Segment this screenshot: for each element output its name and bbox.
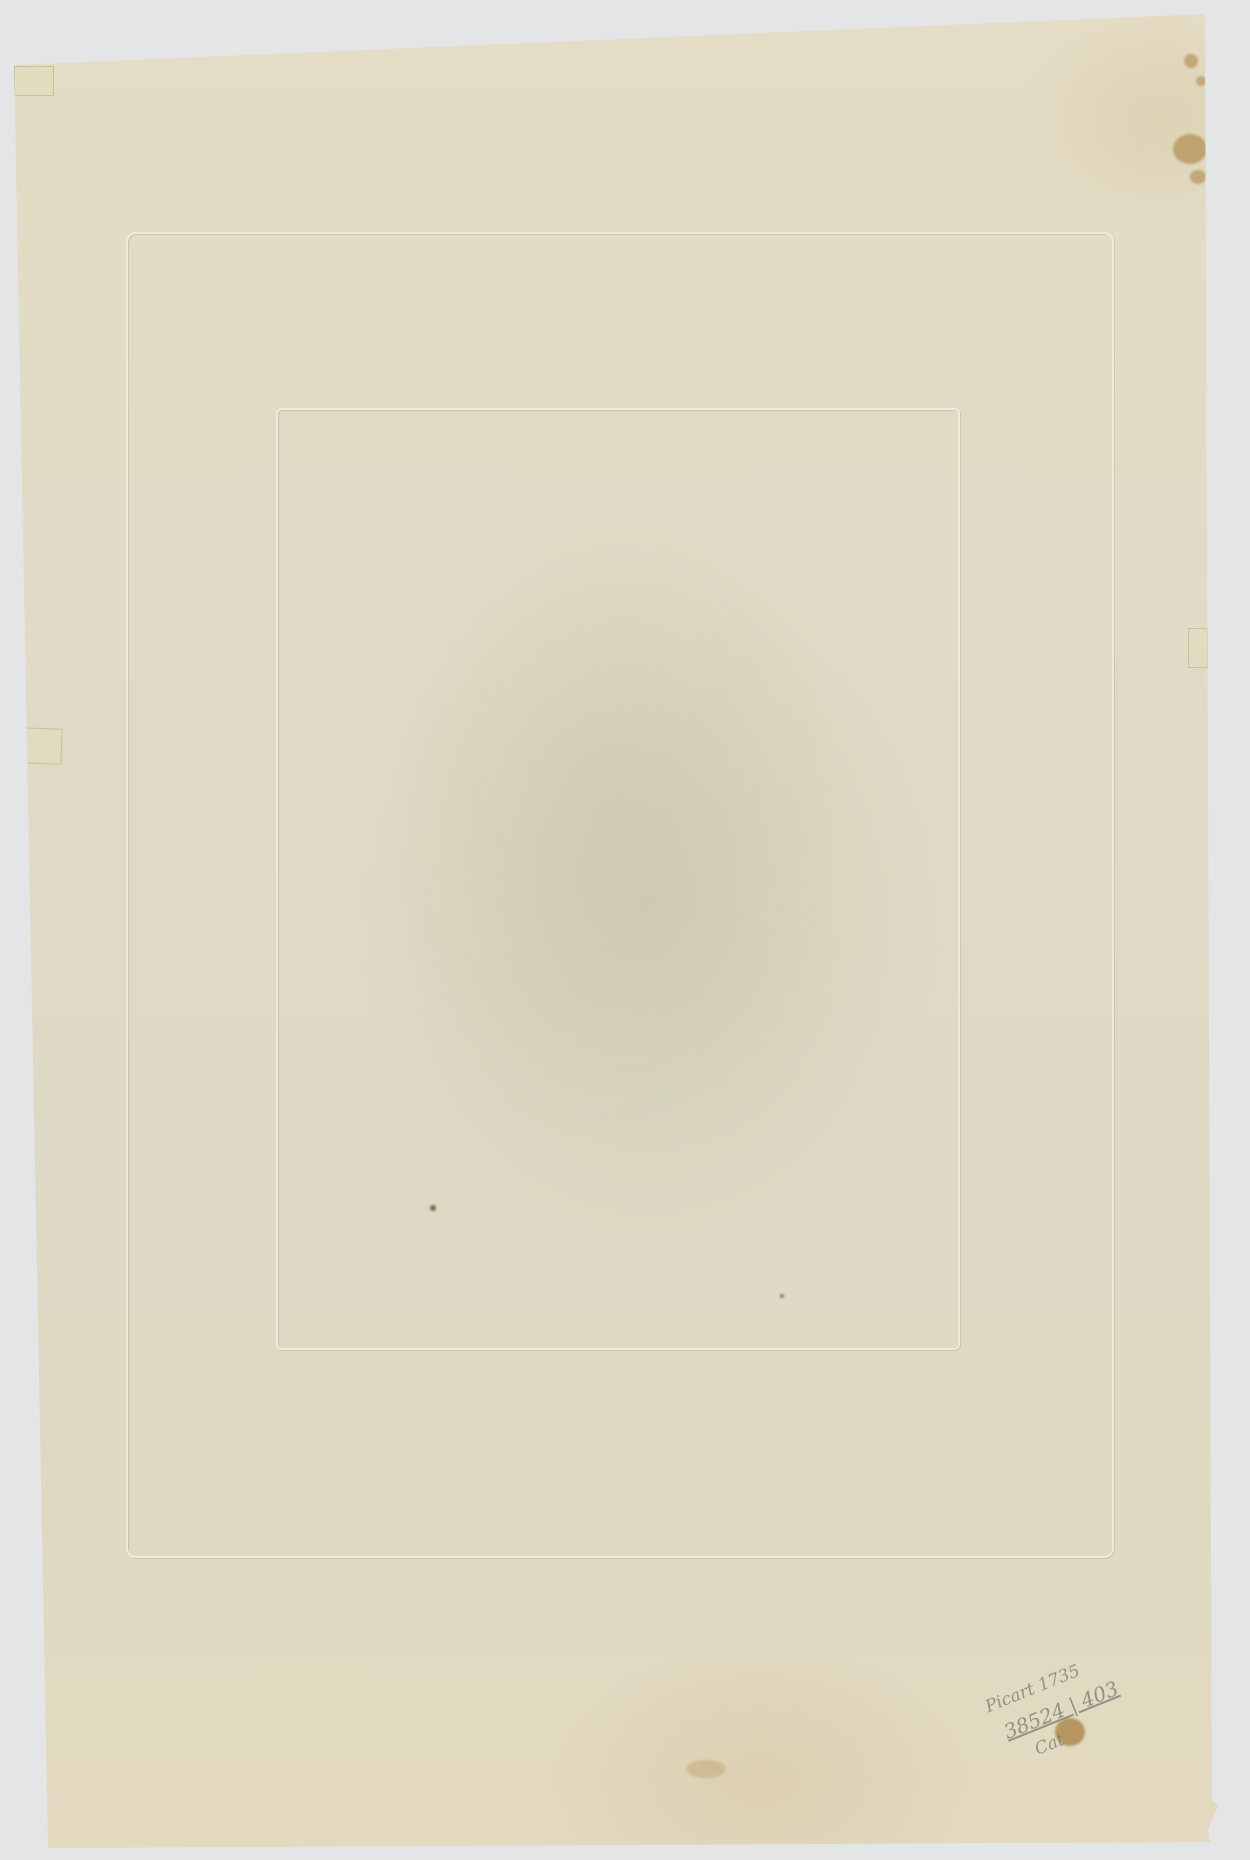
tape-remnant-right [1188,628,1208,668]
foxing-stain [1196,76,1206,86]
tape-remnant-top-left [14,66,54,96]
tape-remnant-left [19,727,62,764]
foxing-spot [780,1294,784,1298]
inscription-line-3: Cat [1032,1730,1067,1760]
foxing-stain [1184,54,1198,68]
paper-sheet: Picart 1735 38524 | 403 Cat [0,0,1250,1860]
foxing-stain [1173,134,1207,164]
foxing-spot [430,1205,436,1211]
inner-plate-mark [276,408,960,1350]
pencil-inscription: Picart 1735 38524 | 403 Cat [975,1624,1159,1791]
foxing-stain [686,1760,726,1778]
foxing-stain [1190,170,1206,184]
